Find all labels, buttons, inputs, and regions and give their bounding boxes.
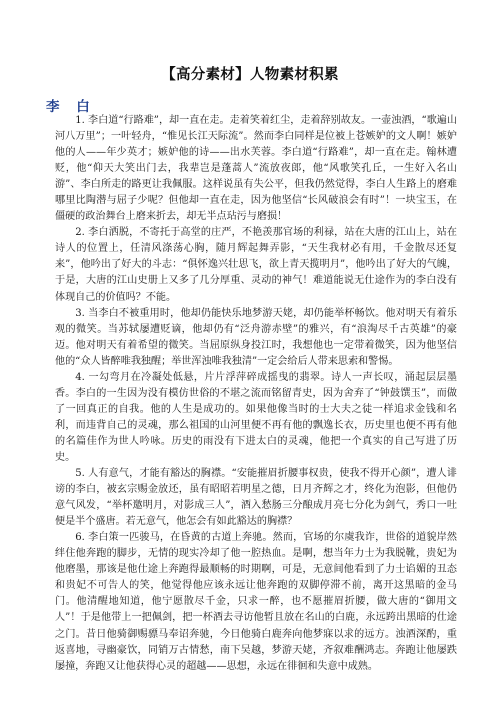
- document-page: 【高分素材】人物素材积累 李 白 1. 李白道“行路难”，却一直在走。走着笑着红…: [0, 0, 500, 707]
- paragraph-1: 1. 李白道“行路难”，却一直在走。走着笑着红尘，走着辞别故友。一壶浊酒，“歌遍…: [55, 113, 457, 225]
- paragraph-6: 6. 李白策一匹骏马，在昏黄的古道上奔驰。然而，官场的尔虞我诈，世俗的道貌岸然绊…: [55, 530, 457, 674]
- paragraph-4: 4. 一勾弯月在冷凝处低悬，片片浮萍碎成摇曳的翡翠。诗人一声长叹，涌起层层墨香。…: [55, 370, 457, 466]
- document-body: 1. 李白道“行路难”，却一直在走。走着笑着红尘，走着辞别故友。一壶浊酒，“歌遍…: [55, 113, 457, 675]
- paragraph-2: 2. 李白洒脱，不寄托于高堂的庄严，不艳羡那官场的利禄，站在大唐的江山上，站在诗…: [55, 225, 457, 305]
- paragraph-3: 3. 当李白不被重用时，他却仍能快乐地梦游天姥，却仍能举杯畅饮。他对明天有着乐观…: [55, 306, 457, 370]
- paragraph-5: 5. 人有意气，才能有豁达的胸襟。“安能摧眉折腰事权贵，使我不得开心颜”，遭人诽…: [55, 466, 457, 530]
- section-heading: 李 白: [46, 95, 96, 115]
- page-title: 【高分素材】人物素材积累: [0, 63, 500, 84]
